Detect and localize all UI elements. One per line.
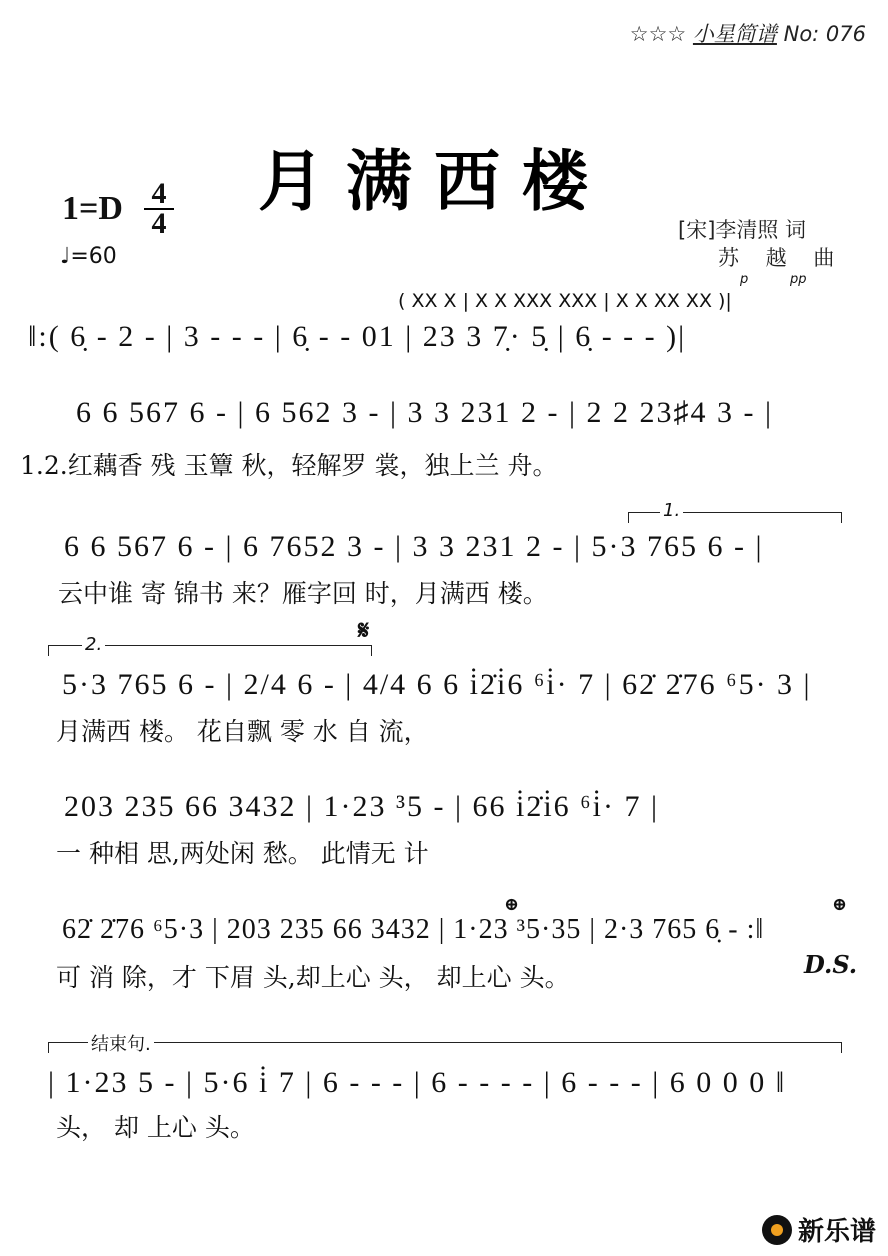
collection-tag: ☆☆☆ 小星简谱 No: 076 bbox=[630, 18, 866, 48]
volta-label-1: 1. bbox=[660, 500, 683, 521]
dynamic-pp: pp bbox=[790, 272, 807, 287]
volta-label-2: 2. bbox=[82, 634, 105, 655]
tempo-marking: ♩=60 bbox=[60, 244, 117, 269]
notation-line-2: 6 6 567 6 - | 6 7652 3 - | 3 3 231 2 - |… bbox=[64, 530, 763, 564]
logo-text: 新乐谱 bbox=[798, 1211, 876, 1248]
notation-line-3: 5·3 765 6 - | 2/4 6 - | 4/4 6 6 i̇2̇i̇6 … bbox=[62, 668, 812, 702]
time-signature-top: 4 bbox=[144, 180, 174, 210]
notation-line-intro: ‖:( 6̣ - 2 - | 3 - - - | 6̣ - - 01 | 23 … bbox=[28, 320, 686, 354]
key-signature: 1=D bbox=[62, 190, 123, 228]
time-signature-bottom: 4 bbox=[144, 210, 174, 238]
dal-segno-marking: D.S. bbox=[804, 950, 857, 979]
lyrics-line-5: 可 消 除，才 下眉 头,却上心 头， 却上心 头。 bbox=[56, 958, 570, 994]
lyrics-line-6: 头， 却 上心 头。 bbox=[56, 1108, 255, 1144]
lyrics-line-3: 月满西 楼。 花自飘 零 水 自 流， bbox=[56, 712, 429, 748]
notation-line-1: 6 6 567 6 - | 6 562 3 - | 3 3 231 2 - | … bbox=[76, 396, 773, 430]
lyrics-line-2: 云中谁 寄 锦书 来？雁字回 时，月满西 楼。 bbox=[58, 574, 548, 610]
time-signature: 4 4 bbox=[144, 180, 174, 238]
lyrics-line-1: 1.2.红藕香 残 玉簟 秋，轻解罗 裳，独上兰 舟。 bbox=[20, 446, 557, 482]
site-logo[interactable]: 新乐谱 bbox=[762, 1211, 876, 1248]
coda-bracket bbox=[48, 1042, 842, 1053]
coda-label: 结束句. bbox=[88, 1030, 154, 1056]
vinyl-record-icon bbox=[762, 1215, 792, 1245]
notation-line-4: 203 235 66 3432 | 1·23 ³5 - | 66 i̇2̇i̇6… bbox=[64, 790, 659, 824]
coda-sign-2: ⊕ bbox=[832, 894, 847, 915]
credits: [宋]李清照 词 苏 越 曲 bbox=[678, 216, 844, 272]
percussion-line: ( XX X | X X XXX XXX | X X XX XX )| bbox=[398, 290, 732, 312]
composer: 苏 越 曲 bbox=[678, 244, 844, 272]
lyrics-line-4: 一 种相 思,两处闲 愁。 此情无 计 bbox=[56, 834, 429, 870]
segno-sign: 𝄋 bbox=[358, 616, 369, 647]
song-title: 月满西楼 bbox=[258, 128, 610, 223]
notation-line-5: 62̇ 2̇76 ⁶5·3 | 203 235 66 3432 | 1·23 ³… bbox=[62, 914, 764, 946]
rating-stars: ☆☆☆ bbox=[630, 22, 686, 46]
brand-link[interactable]: 小星简谱 bbox=[693, 22, 777, 46]
coda-sign-1: ⊕ bbox=[504, 894, 519, 915]
notation-line-6: | 1·23 5 - | 5·6 i̇ 7 | 6 - - - | 6 - - … bbox=[48, 1066, 786, 1100]
dynamic-p: p bbox=[740, 272, 748, 287]
lyricist: [宋]李清照 词 bbox=[678, 216, 844, 244]
score-number: No: 076 bbox=[784, 22, 866, 46]
